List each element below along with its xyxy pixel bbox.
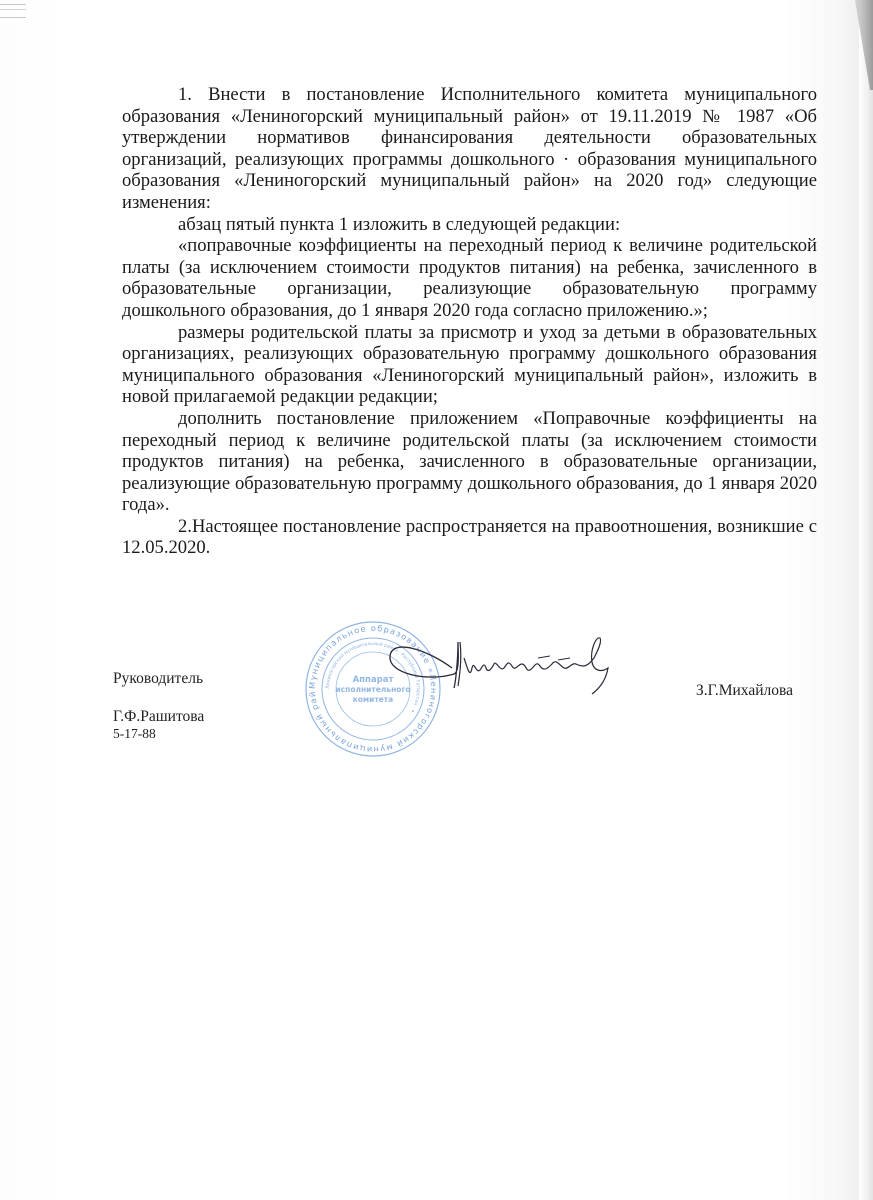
document-body: 1. Внести в постановление Исполнительног… xyxy=(122,84,817,559)
paragraph-supplement: дополнить постановление приложением «Поп… xyxy=(122,408,817,516)
signatory-name: З.Г.Михайлова xyxy=(696,682,793,700)
scanned-page: 1. Внести в постановление Исполнительног… xyxy=(0,0,873,1200)
paragraph-item-1-intro: абзац пятый пункта 1 изложить в следующе… xyxy=(122,214,817,236)
position-title: Руководитель xyxy=(113,670,203,688)
paragraph-fee-sizes: размеры родительской платы за присмотр и… xyxy=(122,322,817,408)
scan-edge-lines xyxy=(0,4,26,18)
executor-name: Г.Ф.Рашитова xyxy=(113,708,204,726)
paragraph-item-1: 1. Внести в постановление Исполнительног… xyxy=(122,84,817,214)
executor-phone: 5-17-88 xyxy=(113,726,156,742)
paragraph-quote-coefficients: «поправочные коэффициенты на переходный … xyxy=(122,235,817,321)
page-fold-shadow xyxy=(843,0,873,90)
page-edge-shadow xyxy=(859,0,873,1200)
paragraph-item-2: 2.Настоящее постановление распространяет… xyxy=(122,516,817,559)
handwritten-signature xyxy=(388,628,628,698)
